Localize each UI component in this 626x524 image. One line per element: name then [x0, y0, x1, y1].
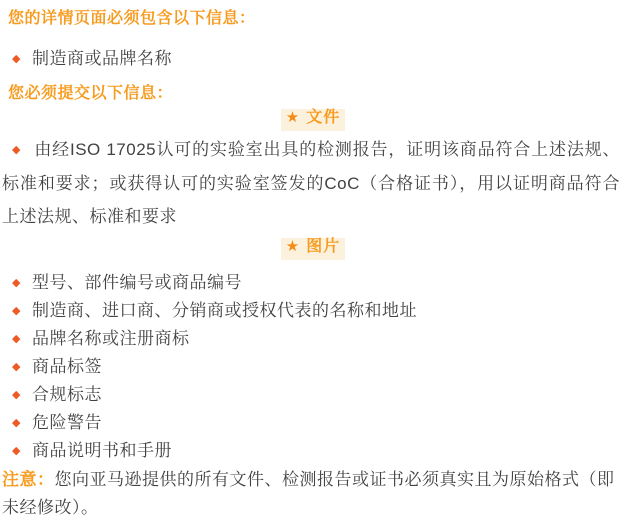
section-title-documents: ★文件: [0, 109, 626, 131]
list-item-label: 商品标签: [32, 357, 102, 376]
list-item: ◆ 型号、部件编号或商品编号: [0, 269, 626, 297]
list-item-label: 商品说明书和手册: [32, 441, 172, 460]
images-requirement-list: ◆ 型号、部件编号或商品编号 ◆ 制造商、进口商、分销商或授权代表的名称和地址 …: [0, 269, 626, 465]
documents-requirement-text: 由经ISO 17025认可的实验室出具的检测报告，证明该商品符合上述法规、标准和…: [2, 140, 620, 226]
diamond-bullet-icon: ◆: [12, 297, 21, 325]
diamond-bullet-icon: ◆: [12, 409, 21, 437]
list-item-label: 品牌名称或注册商标: [32, 329, 190, 348]
diamond-bullet-icon: ◆: [12, 50, 21, 68]
note-paragraph: 注意：您向亚马逊提供的所有文件、检测报告或证书必须真实且为原始格式（即未经修改）…: [2, 466, 620, 522]
list-item: ◆ 商品说明书和手册: [0, 437, 626, 465]
list-item: ◆ 品牌名称或注册商标: [0, 325, 626, 353]
section-title-label: 文件: [306, 109, 340, 126]
list-item-label: 型号、部件编号或商品编号: [32, 273, 242, 292]
section-title-highlight: ★图片: [281, 238, 345, 260]
star-icon: ★: [286, 238, 299, 255]
diamond-bullet-icon: ◆: [12, 144, 21, 156]
list-item-label: 危险警告: [32, 413, 102, 432]
detail-page-heading: 您的详情页面必须包含以下信息：: [8, 10, 618, 28]
submit-heading: 您必须提交以下信息：: [8, 85, 618, 103]
policy-document: 您的详情页面必须包含以下信息： ◆ 制造商或品牌名称 您必须提交以下信息： ★文…: [0, 0, 626, 522]
diamond-bullet-icon: ◆: [12, 381, 21, 409]
note-label: 注意：: [2, 470, 55, 489]
list-item: ◆ 合规标志: [0, 381, 626, 409]
list-item: ◆ 制造商、进口商、分销商或授权代表的名称和地址: [0, 297, 626, 325]
section-title-label: 图片: [306, 238, 340, 255]
section-title-images: ★图片: [0, 238, 626, 260]
diamond-bullet-icon: ◆: [12, 325, 21, 353]
list-item-label: 合规标志: [32, 385, 102, 404]
list-item-label: 制造商、进口商、分销商或授权代表的名称和地址: [32, 301, 417, 320]
list-item: ◆ 制造商或品牌名称: [0, 50, 626, 68]
note-text: 您向亚马逊提供的所有文件、检测报告或证书必须真实且为原始格式（即未经修改）。: [2, 470, 615, 517]
documents-requirement-paragraph: ◆由经ISO 17025认可的实验室出具的检测报告，证明该商品符合上述法规、标准…: [2, 133, 620, 233]
diamond-bullet-icon: ◆: [12, 437, 21, 465]
list-item-label: 制造商或品牌名称: [32, 49, 172, 68]
section-title-highlight: ★文件: [281, 109, 345, 131]
list-item: ◆ 商品标签: [0, 353, 626, 381]
star-icon: ★: [286, 109, 299, 126]
list-item: ◆ 危险警告: [0, 409, 626, 437]
diamond-bullet-icon: ◆: [12, 269, 21, 297]
diamond-bullet-icon: ◆: [12, 353, 21, 381]
detail-page-list: ◆ 制造商或品牌名称: [0, 50, 626, 68]
